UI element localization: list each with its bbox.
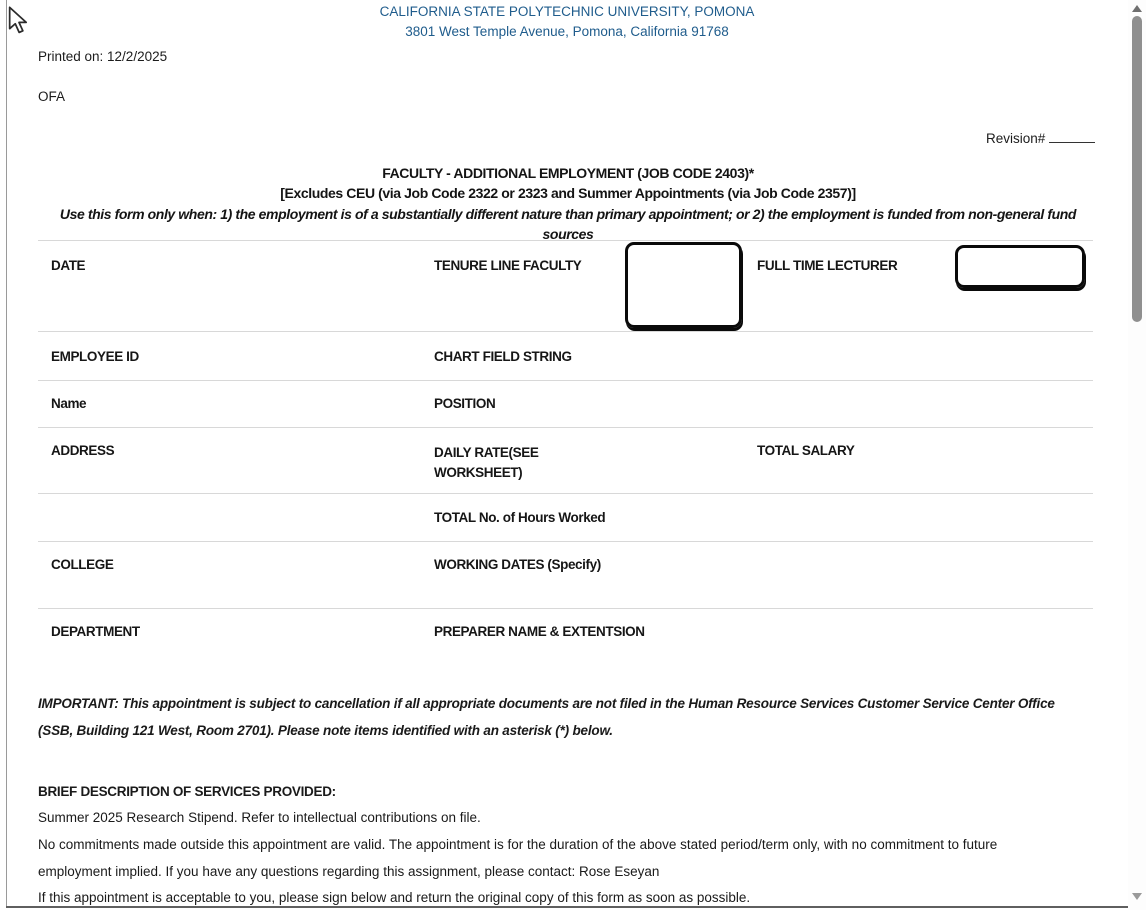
- table-line: [38, 331, 1093, 332]
- revision-field: Revision#: [986, 129, 1095, 146]
- form-title-line1: FACULTY - ADDITIONAL EMPLOYMENT (JOB COD…: [53, 165, 1083, 181]
- field-label-name: Name: [51, 396, 86, 411]
- table-line: [38, 240, 1093, 241]
- field-label-employee-id: EMPLOYEE ID: [51, 349, 139, 364]
- vertical-scrollbar[interactable]: [1128, 0, 1146, 910]
- revision-blank-line: [1049, 129, 1095, 143]
- services-description-text: Summer 2025 Research Stipend. Refer to i…: [38, 805, 1070, 832]
- field-label-total-hours: TOTAL No. of Hours Worked: [434, 510, 605, 525]
- document-header: CALIFORNIA STATE POLYTECHNIC UNIVERSITY,…: [6, 2, 1128, 42]
- field-label-address: ADDRESS: [51, 443, 114, 458]
- revision-label: Revision#: [986, 131, 1045, 146]
- form-title-line2: [Excludes CEU (via Job Code 2322 or 2323…: [53, 185, 1083, 201]
- form-document-page: CALIFORNIA STATE POLYTECHNIC UNIVERSITY,…: [0, 0, 1146, 910]
- field-label-position: POSITION: [434, 396, 495, 411]
- viewport-bottom-edge: [6, 906, 1128, 908]
- table-line: [38, 493, 1093, 494]
- field-label-preparer: PREPARER NAME & EXTENTSION: [434, 624, 645, 639]
- scroll-up-arrow-icon[interactable]: [1132, 5, 1142, 12]
- field-label-department: DEPARTMENT: [51, 624, 140, 639]
- org-text: OFA: [38, 89, 65, 104]
- commitments-notice: No commitments made outside this appoint…: [38, 832, 1070, 885]
- field-label-full-time-lecturer: FULL TIME LECTURER: [757, 258, 897, 273]
- scroll-down-arrow-icon[interactable]: [1132, 893, 1142, 900]
- table-line: [38, 380, 1093, 381]
- tenure-line-faculty-checkbox[interactable]: [625, 242, 742, 328]
- form-title-instructions: Use this form only when: 1) the employme…: [53, 204, 1083, 244]
- field-label-chart-field-string: CHART FIELD STRING: [434, 349, 572, 364]
- printed-on-text: Printed on: 12/2/2025: [38, 49, 167, 64]
- field-label-college: COLLEGE: [51, 557, 113, 572]
- field-label-tenure-line-faculty: TENURE LINE FACULTY: [434, 258, 581, 273]
- important-notice: IMPORTANT: This appointment is subject t…: [38, 691, 1070, 744]
- field-label-working-dates: WORKING DATES (Specify): [434, 557, 601, 572]
- table-line: [38, 541, 1093, 542]
- viewport-left-edge: [6, 0, 7, 907]
- scrollbar-thumb[interactable]: [1132, 16, 1142, 322]
- field-label-daily-rate: DAILY RATE(SEE WORKSHEET): [434, 443, 564, 482]
- university-name: CALIFORNIA STATE POLYTECHNIC UNIVERSITY,…: [6, 2, 1128, 22]
- table-line: [38, 427, 1093, 428]
- field-label-date: DATE: [51, 258, 85, 273]
- university-address: 3801 West Temple Avenue, Pomona, Califor…: [6, 22, 1128, 42]
- full-time-lecturer-checkbox[interactable]: [955, 245, 1085, 288]
- mouse-cursor-icon: [8, 6, 30, 34]
- table-line: [38, 608, 1093, 609]
- brief-description-label: BRIEF DESCRIPTION OF SERVICES PROVIDED:: [38, 779, 1070, 806]
- field-label-total-salary: TOTAL SALARY: [757, 443, 854, 458]
